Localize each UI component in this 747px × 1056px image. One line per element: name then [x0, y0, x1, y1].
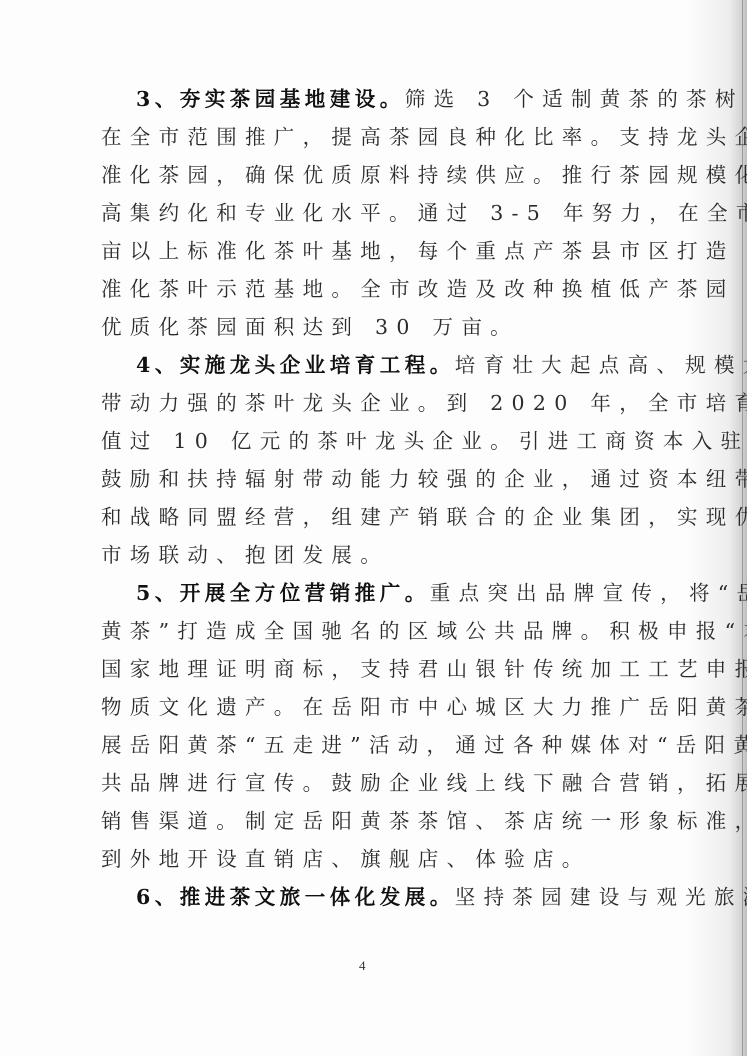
paragraph-text: 坚持茶园建设与观光旅游相 — [455, 885, 747, 909]
section-heading-5: 5、开展全方位营销推广。 — [136, 581, 430, 605]
paragraph-5-line-1: 5、开展全方位营销推广。重点突出品牌宣传，将“岳阳 — [101, 574, 635, 612]
paragraph-text: 重点突出品牌宣传，将“岳阳 — [430, 581, 747, 605]
paragraph-line: 亩以上标准化茶叶基地，每个重点产茶县市区打造 1 个以上标 — [101, 232, 635, 270]
paragraph-line: 和战略同盟经营，组建产销联合的企业集团，实现优势互补、 — [101, 498, 635, 536]
paragraph-text: 培育壮大起点高、规模大、 — [455, 353, 747, 377]
paragraph-line: 共品牌进行宣传。鼓励企业线上线下融合营销，拓展岳阳黄茶 — [101, 764, 635, 802]
page-number: 4 — [359, 958, 366, 974]
document-page: 3、夯实茶园基地建设。筛选 3 个适制黄茶的茶树良种， 在全市范围推广，提高茶园… — [0, 0, 747, 1056]
paragraph-line: 物质文化遗产。在岳阳市中心城区大力推广岳阳黄茶，积极开 — [101, 688, 635, 726]
paragraph-text: 筛选 3 个适制黄茶的茶树良种， — [405, 87, 747, 111]
paragraph-line: 高集约化和专业化水平。通过 3-5 年努力，在全市建设 10 万 — [101, 194, 635, 232]
section-heading-3: 3、夯实茶园基地建设。 — [136, 87, 405, 111]
section-heading-4: 4、实施龙头企业培育工程。 — [136, 353, 455, 377]
section-heading-6: 6、推进茶文旅一体化发展。 — [136, 885, 455, 909]
paragraph-6-line-1: 6、推进茶文旅一体化发展。坚持茶园建设与观光旅游相 — [101, 878, 635, 916]
paragraph-line: 优质化茶园面积达到 30 万亩。 — [101, 308, 635, 346]
paragraph-line: 到外地开设直销店、旗舰店、体验店。 — [101, 840, 635, 878]
document-body: 3、夯实茶园基地建设。筛选 3 个适制黄茶的茶树良种， 在全市范围推广，提高茶园… — [101, 80, 635, 916]
paragraph-line: 销售渠道。制定岳阳黄茶茶馆、茶店统一形象标准，鼓励茶企 — [101, 802, 635, 840]
paragraph-line: 鼓励和扶持辐射带动能力较强的企业，通过资本纽带实行联合 — [101, 460, 635, 498]
paragraph-line: 准化茶园，确保优质原料持续供应。推行茶园规模化经营，提 — [101, 156, 635, 194]
paragraph-line: 国家地理证明商标，支持君山银针传统加工工艺申报国家级非 — [101, 650, 635, 688]
paragraph-line: 值过 10 亿元的茶叶龙头企业。引进工商资本入驻岳阳黄茶， — [101, 422, 635, 460]
paragraph-line: 带动力强的茶叶龙头企业。到 2020 年，全市培育 2 家以上产 — [101, 384, 635, 422]
paragraph-3-line-1: 3、夯实茶园基地建设。筛选 3 个适制黄茶的茶树良种， — [101, 80, 635, 118]
paragraph-line: 黄茶”打造成全国驰名的区域公共品牌。积极申报“君山银针” — [101, 612, 635, 650]
paragraph-line: 展岳阳黄茶“五走进”活动，通过各种媒体对“岳阳黄茶”公 — [101, 726, 635, 764]
paragraph-4-line-1: 4、实施龙头企业培育工程。培育壮大起点高、规模大、 — [101, 346, 635, 384]
paragraph-line: 准化茶叶示范基地。全市改造及改种换植低产茶园 10 万亩， — [101, 270, 635, 308]
paragraph-line: 在全市范围推广，提高茶园良种化比率。支持龙头企业创建标 — [101, 118, 635, 156]
paragraph-line: 市场联动、抱团发展。 — [101, 536, 635, 574]
